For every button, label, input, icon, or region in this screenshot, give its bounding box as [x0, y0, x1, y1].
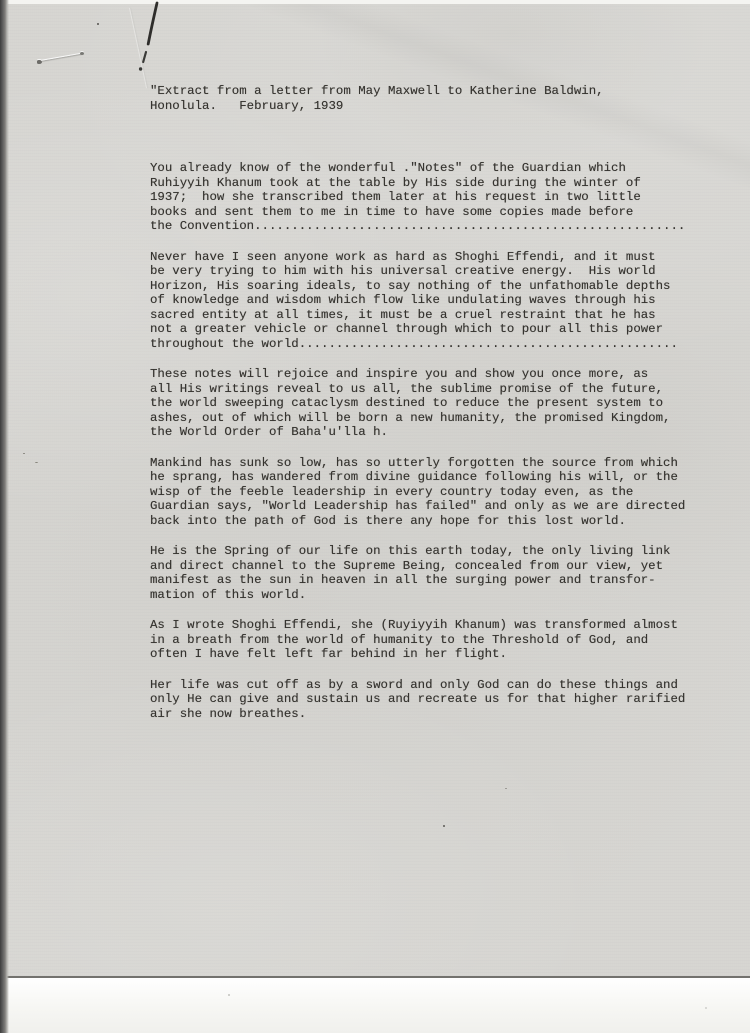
text-line: books and sent them to me in time to hav… [150, 205, 710, 220]
staple-hole-left [37, 60, 42, 64]
letter-heading: "Extract from a letter from May Maxwell … [150, 84, 710, 113]
text-line: of knowledge and wisdom which flow like … [150, 293, 710, 308]
text-line: Mankind has sunk so low, has so utterly … [150, 456, 710, 471]
typewritten-text: "Extract from a letter from May Maxwell … [150, 84, 710, 737]
dust-speck [505, 788, 507, 789]
dust-speck [705, 1007, 707, 1009]
text-line: in a breath from the world of humanity t… [150, 633, 710, 648]
text-line: You already know of the wonderful ."Note… [150, 161, 710, 176]
text-line: air she now breathes. [150, 707, 710, 722]
text-line: Her life was cut off as by a sword and o… [150, 678, 710, 693]
scanner-bed-bottom [7, 978, 750, 1033]
text-line: He is the Spring of our life on this ear… [150, 544, 710, 559]
staple-hole-right [80, 52, 84, 55]
paragraph-6: As I wrote Shoghi Effendi, she (Ruyiyyih… [150, 618, 710, 662]
text-line: manifest as the sun in heaven in all the… [150, 573, 710, 588]
paper-crease [129, 8, 147, 88]
text-line: wisp of the feeble leadership in every c… [150, 485, 710, 500]
text-line: be very trying to him with his universal… [150, 264, 710, 279]
text-line: sacred entity at all times, it must be a… [150, 308, 710, 323]
text-line: Honolula. February, 1939 [150, 99, 710, 114]
text-line: ashes, out of which will be born a new h… [150, 411, 710, 426]
text-line: back into the path of God is there any h… [150, 514, 710, 529]
paragraph-1: You already know of the wonderful ."Note… [150, 161, 710, 234]
paragraph-5: He is the Spring of our life on this ear… [150, 544, 710, 602]
text-line: Never have I seen anyone work as hard as… [150, 250, 710, 265]
paragraph-3: These notes will rejoice and inspire you… [150, 367, 710, 440]
text-line: As I wrote Shoghi Effendi, she (Ruyiyyih… [150, 618, 710, 633]
text-line: Guardian says, "World Leadership has fai… [150, 499, 710, 514]
dust-speck [35, 462, 38, 463]
text-line: "Extract from a letter from May Maxwell … [150, 84, 710, 99]
paragraph-2: Never have I seen anyone work as hard as… [150, 250, 710, 352]
text-line: mation of this world. [150, 588, 710, 603]
text-line: the Convention..........................… [150, 219, 710, 234]
text-line: not a greater vehicle or channel through… [150, 322, 710, 337]
dust-speck [443, 825, 445, 827]
dust-speck [97, 23, 99, 25]
scanner-left-edge [0, 0, 9, 1033]
text-line: 1937; how she transcribed them later at … [150, 190, 710, 205]
text-line: These notes will rejoice and inspire you… [150, 367, 710, 382]
text-line: Horizon, His soaring ideals, to say noth… [150, 279, 710, 294]
text-line: Ruhiyyih Khanum took at the table by His… [150, 176, 710, 191]
text-line: he sprang, has wandered from divine guid… [150, 470, 710, 485]
paragraph-4: Mankind has sunk so low, has so utterly … [150, 456, 710, 529]
text-line: the world sweeping cataclysm destined to… [150, 396, 710, 411]
text-line: all His writings reveal to us all, the s… [150, 382, 710, 397]
scanned-page: "Extract from a letter from May Maxwell … [0, 0, 750, 1033]
text-line: and direct channel to the Supreme Being,… [150, 559, 710, 574]
text-line: often I have felt left far behind in her… [150, 647, 710, 662]
paragraph-7: Her life was cut off as by a sword and o… [150, 678, 710, 722]
text-line: throughout the world....................… [150, 337, 710, 352]
dust-speck [23, 453, 25, 454]
staple-scratch-mark [40, 52, 84, 61]
text-line: the World Order of Baha'u'lla h. [150, 425, 710, 440]
text-line: only He can give and sustain us and recr… [150, 692, 710, 707]
dust-speck [228, 994, 230, 996]
